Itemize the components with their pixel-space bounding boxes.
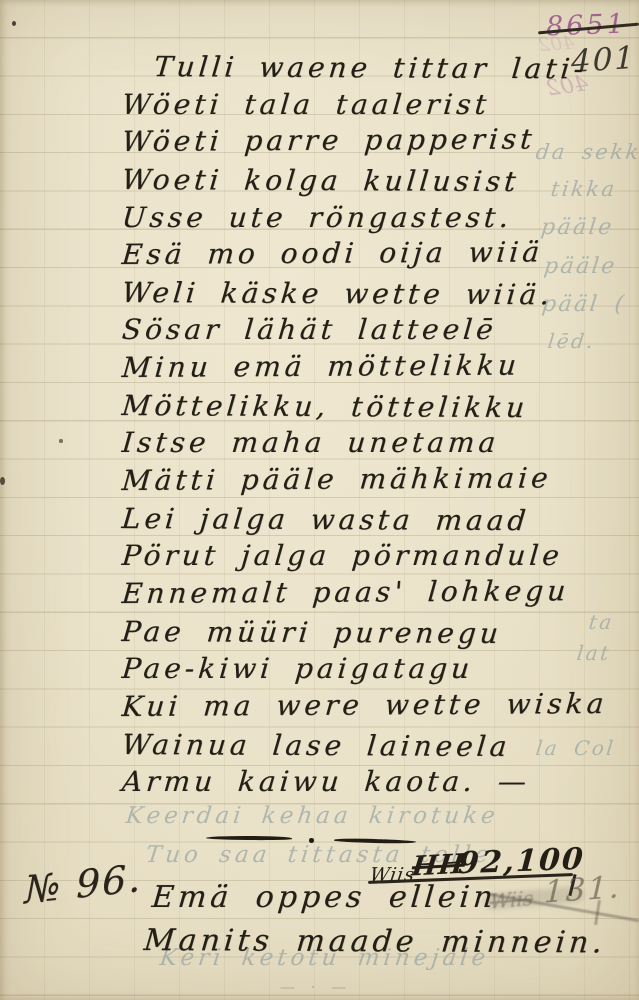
ink-speck	[12, 21, 16, 26]
poem-line: Pae müüri purenegu	[120, 613, 628, 653]
poem-line: Mätti pääle mähkimaie	[120, 459, 628, 500]
poem-line: Wainua lase laineela	[120, 726, 628, 766]
bleedthrough-text: Keerdai kehaa kirotuke	[124, 803, 500, 829]
poem-line: Armu kaiwu kaota. —	[120, 763, 628, 801]
poem-line: Lei jalga wasta maad	[120, 500, 628, 540]
poem-line: Manits maade minnein.	[142, 919, 608, 964]
bleedthrough-text: — · —	[279, 978, 350, 996]
ink-speck	[0, 477, 5, 485]
poem-line: Wöeti parre papperist	[120, 120, 628, 161]
divider-stroke	[334, 838, 416, 844]
second-song: Emä oppes ellein Manits maade minnein.	[152, 876, 606, 962]
poem-line: Woeti kolga kullusist	[120, 161, 628, 201]
poem-line: Weli käske wette wiiä.	[120, 274, 628, 314]
poem-line: Sösar lähät latteelē	[120, 311, 628, 349]
poem-line: Minu emä möttelikku	[120, 346, 628, 387]
poem-line: Wöeti tala taalerist	[120, 86, 628, 124]
poem-line: Möttelikku, töttelikku	[120, 387, 628, 427]
poem-line: Kui ma were wette wiska	[120, 685, 628, 726]
divider-dot	[309, 838, 314, 843]
poem-line: Usse ute röngastest.	[120, 199, 628, 237]
poem-line: Istse maha unetama	[120, 424, 628, 462]
poem-line: Esä mo oodi oija wiiä	[120, 233, 628, 274]
manuscript-page: da sekka tikka pääle pääle pääl ( lēd. t…	[0, 0, 639, 1000]
poem-line: Emä oppes ellein	[150, 876, 608, 919]
poem-line: Pörut jalga pörmandule	[120, 537, 628, 575]
poem-line: Ennemalt paas' lohkegu	[120, 572, 628, 613]
divider-stroke	[206, 836, 292, 840]
song-number: № 96.	[24, 856, 142, 913]
poem-line: Tulli waene tittar lati-	[120, 48, 628, 88]
poem: Tulli waene tittar lati- Wöeti tala taal…	[122, 48, 627, 801]
poem-line: Pae-kiwi paigatagu	[120, 650, 628, 688]
ink-speck	[59, 439, 63, 443]
